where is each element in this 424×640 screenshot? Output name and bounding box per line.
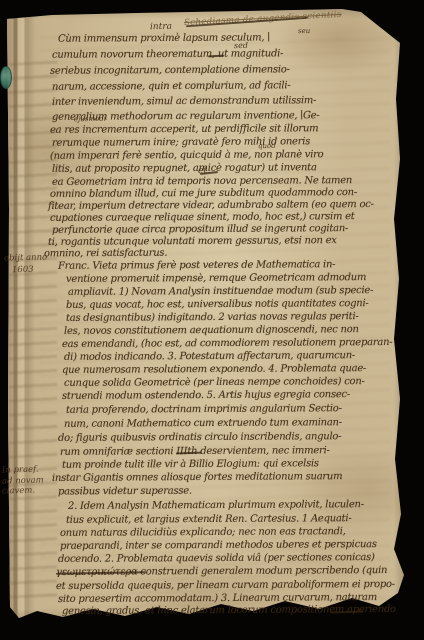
manuscript-photo: Schediasma de augendis scientiis Cùm imm… <box>0 0 424 640</box>
collection-mark <box>0 66 12 89</box>
ink-strikethrough <box>330 610 364 613</box>
bleedthrough-texture <box>40 30 390 610</box>
